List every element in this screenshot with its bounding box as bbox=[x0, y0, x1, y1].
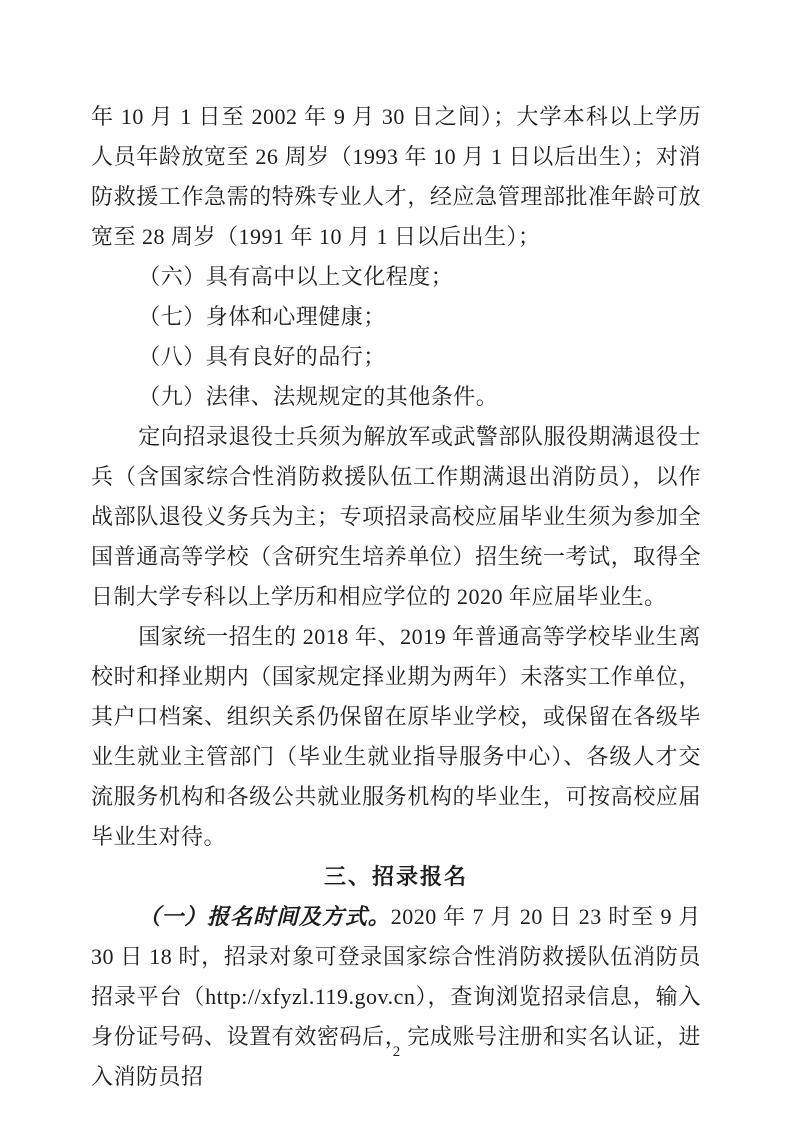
list-item-condition-7: （七）身体和心理健康； bbox=[91, 297, 701, 337]
page-number: 2 bbox=[0, 1044, 793, 1060]
list-item-condition-9: （九）法律、法规规定的其他条件。 bbox=[91, 377, 701, 417]
section-heading-registration: 三、招录报名 bbox=[91, 857, 701, 897]
document-page: 年 10 月 1 日至 2002 年 9 月 30 日之间）；大学本科以上学历人… bbox=[0, 0, 793, 1122]
paragraph-continuation-age-limits: 年 10 月 1 日至 2002 年 9 月 30 日之间）；大学本科以上学历人… bbox=[91, 97, 701, 257]
paragraph-veteran-recruitment: 定向招录退役士兵须为解放军或武警部队服役期满退役士兵（含国家综合性消防救援队伍工… bbox=[91, 417, 701, 617]
paragraph-graduate-treatment: 国家统一招生的 2018 年、2019 年普通高等学校毕业生离校时和择业期内（国… bbox=[91, 617, 701, 857]
list-item-condition-8: （八）具有良好的品行； bbox=[91, 337, 701, 377]
paragraph-body-registration-time: 2020 年 7 月 20 日 23 时至 9 月 30 日 18 时，招录对象… bbox=[91, 904, 701, 1089]
paragraph-registration-time: （一）报名时间及方式。2020 年 7 月 20 日 23 时至 9 月 30 … bbox=[91, 897, 701, 1097]
list-item-condition-6: （六）具有高中以上文化程度； bbox=[91, 257, 701, 297]
paragraph-lead-registration-time: （一）报名时间及方式。 bbox=[138, 904, 390, 929]
